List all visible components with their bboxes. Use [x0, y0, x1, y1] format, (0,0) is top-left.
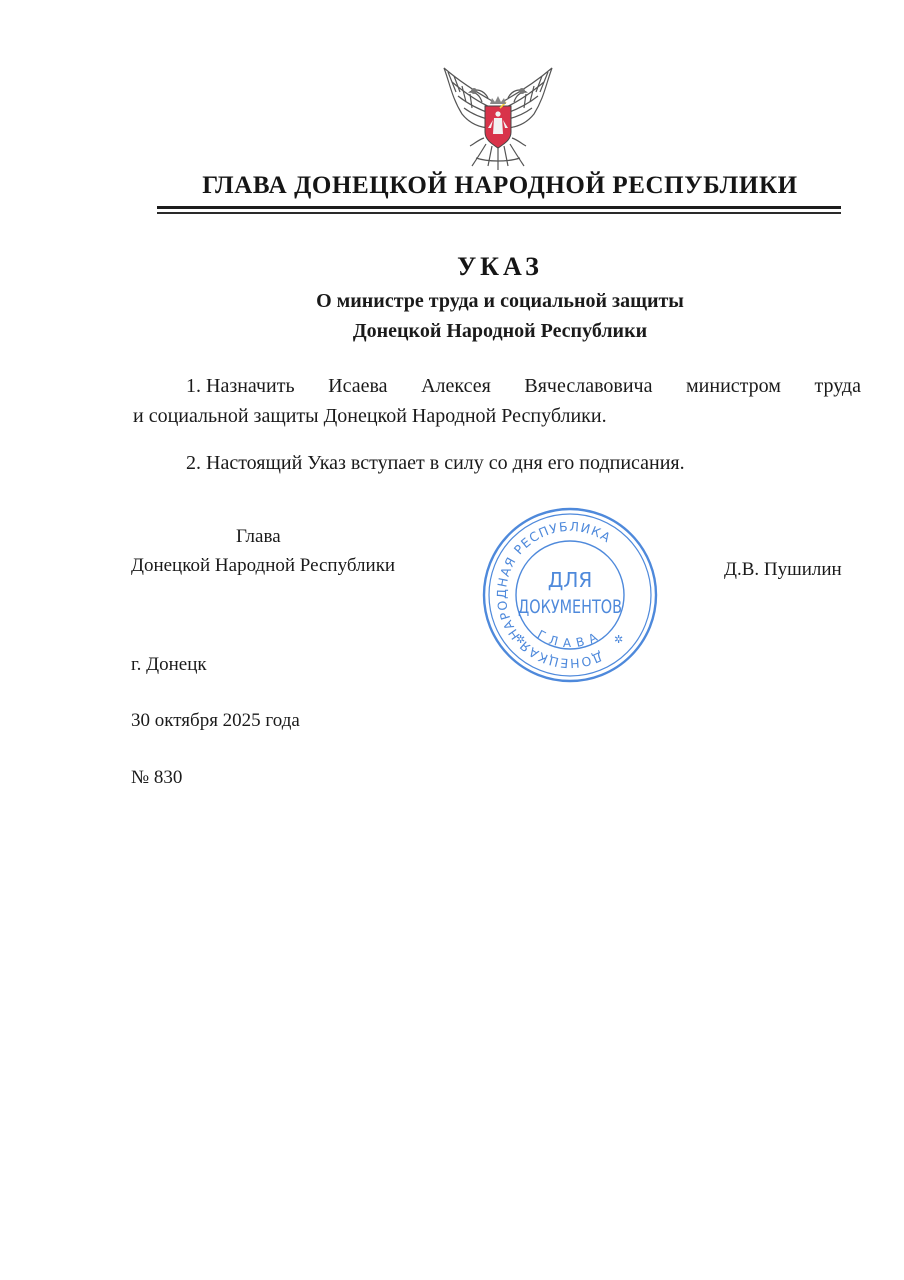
paragraph-2: 2. Настоящий Указ вступает в силу со дня…	[186, 452, 685, 475]
paragraph-1-line-1: 1. Назначить Исаева Алексея Вячеславович…	[186, 375, 861, 398]
paragraph-1-word: Вячеславовича	[524, 375, 652, 398]
stamp-ring-text: ДОНЕЦКАЯ НАРОДНАЯ РЕСПУБЛИКА	[480, 505, 660, 685]
dpr-coat-of-arms-icon	[436, 62, 560, 174]
paragraph-1-word: Исаева	[328, 375, 387, 398]
issue-city: г. Донецк	[131, 654, 207, 676]
svg-text:ДОНЕЦКАЯ НАРОДНАЯ РЕСПУБЛИКА: ДОНЕЦКАЯ НАРОДНАЯ РЕСПУБЛИКА	[480, 505, 660, 685]
paragraph-1-word: труда	[814, 375, 861, 398]
issuer-title: ГЛАВА ДОНЕЦКОЙ НАРОДНОЙ РЕСПУБЛИКИ	[150, 172, 850, 200]
paragraph-1-word: 1. Назначить	[186, 375, 295, 398]
paragraph-1-word: министром	[686, 375, 781, 398]
header-rule-thick	[157, 206, 841, 209]
decree-subject-line-1: О министре труда и социальной защиты	[250, 290, 750, 313]
official-seal-stamp: ДОНЕЦКАЯ НАРОДНАЯ РЕСПУБЛИКА ГЛАВА ✲ ✲ Д…	[480, 505, 660, 685]
svg-text:ГЛАВА: ГЛАВА	[535, 627, 605, 650]
stamp-bottom-text: ГЛАВА	[535, 627, 605, 650]
stamp-star-left-icon: ✲	[516, 633, 525, 646]
signatory-name: Д.В. Пушилин	[724, 559, 842, 581]
issue-date: 30 октября 2025 года	[131, 710, 300, 732]
stamp-star-right-icon: ✲	[614, 633, 623, 646]
document-type-heading: УКАЗ	[300, 252, 700, 282]
paragraph-1-word: Алексея	[421, 375, 491, 398]
stamp-center-line-1: ДЛЯ	[548, 568, 593, 592]
signatory-title-line-1: Глава	[236, 526, 281, 548]
decree-subject-line-2: Донецкой Народной Республики	[250, 320, 750, 343]
signatory-title-line-2: Донецкой Народной Республики	[131, 555, 395, 577]
paragraph-1-line-2: и социальной защиты Донецкой Народной Ре…	[133, 405, 607, 428]
stamp-center-line-2: ДОКУМЕНТОВ	[518, 596, 622, 618]
header-rule-thin	[157, 212, 841, 214]
decree-number: № 830	[131, 767, 182, 789]
